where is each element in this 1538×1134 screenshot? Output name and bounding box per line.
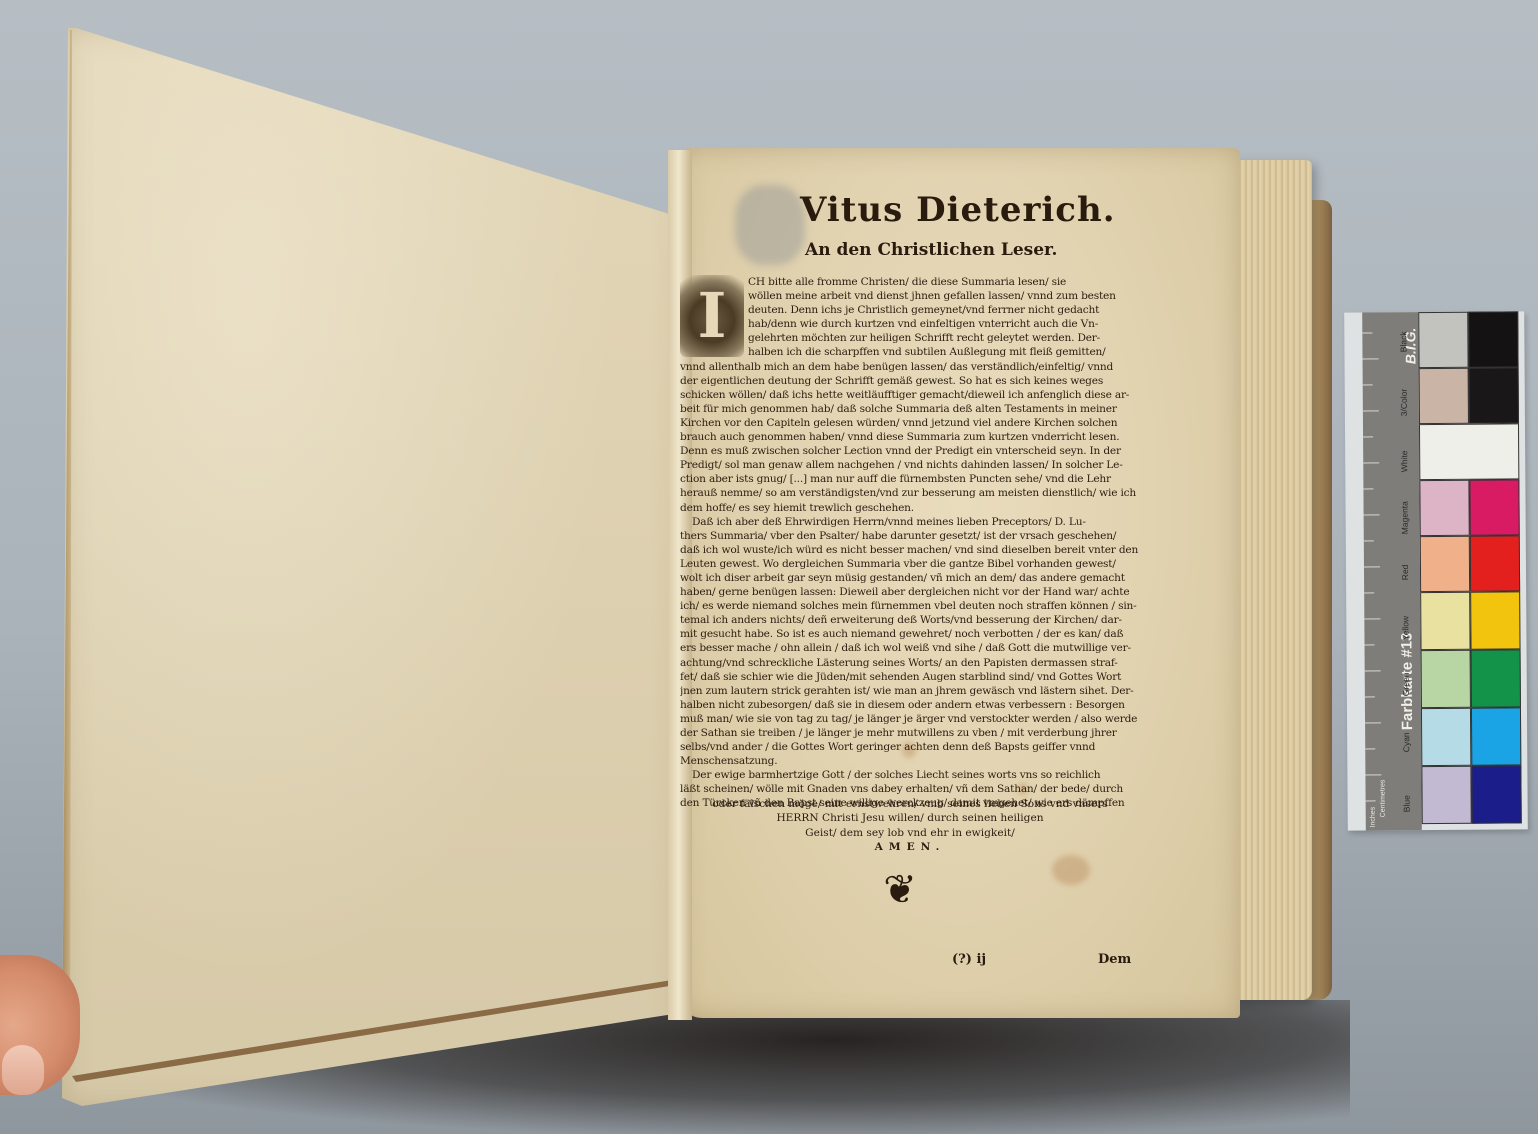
ruler-strip: Inches Centimetres Farbkarte #13 B.I.G. <box>1362 312 1422 830</box>
patch-red-dark <box>1470 535 1520 591</box>
faded-initial-stain <box>735 185 805 265</box>
patch-label: Green <box>1401 673 1411 697</box>
text-line: halben nicht zubesorgen/ daß sie in dies… <box>680 698 1140 712</box>
page-subheading: An den Christlichen Leser. <box>805 240 1105 260</box>
catchword: Dem <box>1098 952 1131 967</box>
patch-yellow-dark <box>1470 591 1520 649</box>
patch-yellow-light <box>1420 592 1470 650</box>
text-line: ich/ es werde niemand solches mein fürne… <box>680 599 1140 613</box>
text-line: halben ich die scharpffen vnd subtilen A… <box>680 345 1140 359</box>
text-line: der eigentlichen deutung der Schrifft ge… <box>680 374 1140 388</box>
text-line: Der ewige barmhertzige Gott / der solche… <box>680 768 1140 782</box>
color-calibration-card: Inches Centimetres Farbkarte #13 B.I.G. … <box>1344 311 1528 830</box>
text-line: thers Summaria/ vber den Psalter/ habe d… <box>680 529 1140 543</box>
patch-black-dark <box>1468 311 1518 367</box>
patch-label: Cyan <box>1401 732 1411 752</box>
text-line: wolt ich diser arbeit gar seyn müsig ges… <box>680 571 1140 585</box>
text-line: deuten. Denn ichs je Christlich gemeynet… <box>680 303 1140 317</box>
thumb-nail <box>2 1045 44 1095</box>
patch-red-light <box>1420 536 1470 592</box>
text-line: jnen zum lautern strick gerahten ist/ wi… <box>680 684 1140 698</box>
patch-label: 3/Color <box>1399 389 1409 416</box>
patch-3color-dark <box>1469 367 1519 423</box>
text-line: daß ich wol wuste/ich würd es nicht bess… <box>680 543 1140 557</box>
text-line: dem hoffe/ es sey hiemit trewlich gesche… <box>680 501 1140 515</box>
text-line: HERRN Christi Jesu willen/ durch seinen … <box>680 811 1140 825</box>
body-text: CH bitte alle fromme Christen/ die diese… <box>680 275 1140 811</box>
text-line: achtung/vnd schreckliche Lästerung seine… <box>680 656 1140 670</box>
text-line: vnnd allenthalb mich an dem habe benügen… <box>680 360 1140 374</box>
text-line: Kirchen vor den Capiteln gelesen würden/… <box>680 416 1140 430</box>
patch-blue-dark <box>1471 765 1521 823</box>
text-line: CH bitte alle fromme Christen/ die diese… <box>680 275 1140 289</box>
text-line: muß man/ wie sie von tag zu tag/ je läng… <box>680 712 1140 726</box>
patch-cyan-light <box>1421 708 1471 766</box>
patch-3color-light <box>1419 368 1469 424</box>
text-line: läßt scheinen/ wölle mit Gnaden vns dabe… <box>680 782 1140 796</box>
patch-label: Magenta <box>1400 501 1410 534</box>
text-line: Daß ich aber deß Ehrwirdigen Herrn/vnnd … <box>680 515 1140 529</box>
page-edge-stack <box>1230 160 1312 1000</box>
text-line: fet/ daß sie schier wie die Jüden/mit se… <box>680 670 1140 684</box>
text-line: beit für mich genommen hab/ daß solche S… <box>680 402 1140 416</box>
page-heading: Vitus Dieterich. <box>800 190 1160 230</box>
text-line: mit gesucht habe. So ist es auch niemand… <box>680 627 1140 641</box>
text-line: schicken wöllen/ daß ichs hette weitläuf… <box>680 388 1140 402</box>
patch-label: Red <box>1400 565 1410 581</box>
text-line: gelehrten möchten zur heiligen Schrifft … <box>680 331 1140 345</box>
text-line: hab/denn wie durch kurtzen vnd einfeltig… <box>680 317 1140 331</box>
patch-label: Black <box>1398 331 1408 352</box>
closing-text: oder fälschen möge/ mit ernstwehren/ vmb… <box>680 797 1140 855</box>
patch-cyan-dark <box>1471 707 1521 765</box>
text-line: Denn es muß zwischen solcher Lection vnn… <box>680 444 1140 458</box>
patch-green-dark <box>1471 649 1521 707</box>
patch-label: White <box>1399 450 1409 472</box>
amen-line: AMEN. <box>680 840 1140 854</box>
text-line: temal ich anders nichts/ deñ erweiterung… <box>680 613 1140 627</box>
signature-mark: (?) ij <box>952 952 986 967</box>
ruler-unit-inches: Inches <box>1370 807 1377 828</box>
left-blank-flyleaf <box>62 28 682 1108</box>
ruler-unit-cm: Centimetres <box>1379 780 1386 818</box>
patch-green-light <box>1421 650 1471 708</box>
text-line: ers besser mache / ohn allein / daß ich … <box>680 641 1140 655</box>
patch-magenta-light <box>1419 480 1469 536</box>
text-line: Predigt/ sol man genaw allem nachgehen /… <box>680 458 1140 472</box>
text-line: haben/ gerne benügen lassen: Dieweil abe… <box>680 585 1140 599</box>
text-line: Geist/ dem sey lob vnd ehr in ewigkeit/ <box>680 826 1140 840</box>
text-line: brauch auch genommen haben/ vnnd diese S… <box>680 430 1140 444</box>
text-line: Menschensatzung. <box>680 754 1140 768</box>
patch-label: Yellow <box>1400 616 1410 640</box>
printers-ornament-icon: ❦ <box>878 868 922 928</box>
patch-magenta-dark <box>1469 479 1519 535</box>
text-line: herauß nemme/ so am verständigsten/vnd z… <box>680 486 1140 500</box>
patch-blue-light <box>1421 766 1471 824</box>
patch-label: Blue <box>1402 795 1412 812</box>
text-line: wöllen meine arbeit vnd dienst jhnen gef… <box>680 289 1140 303</box>
text-line: oder fälschen möge/ mit ernstwehren/ vmb… <box>680 797 1140 811</box>
text-line: der Sathan sie treiben / je länger je me… <box>680 726 1140 740</box>
foxing-stain <box>1052 855 1090 885</box>
patch-white <box>1419 423 1519 480</box>
text-line: ction aber ists gnug/ [...] man nur auff… <box>680 472 1140 486</box>
text-line: Leuten gewest. Wo dergleichen Summaria v… <box>680 557 1140 571</box>
text-line: selbs/vnd ander / die Gottes Wort gering… <box>680 740 1140 754</box>
patch-black-light <box>1418 312 1468 368</box>
